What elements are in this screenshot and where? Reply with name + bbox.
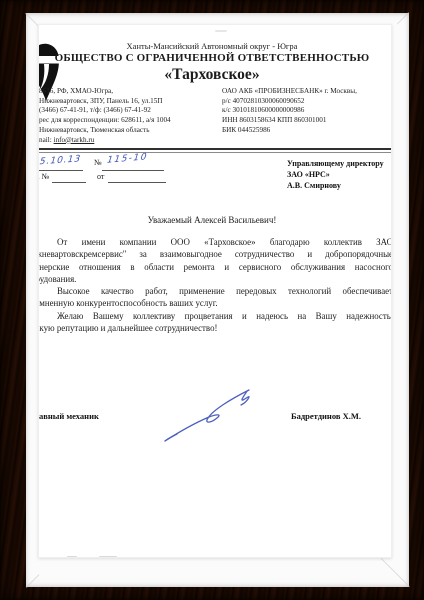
body-line: Желаю Вашему коллективу процветания и на… [38,310,392,322]
contact-address-column: 8616, РФ, ХМАО-Югра, Нижневартовск, ЗПУ,… [39,87,209,145]
address-line: 8616, РФ, ХМАО-Югра, [39,87,209,97]
blank-line [102,170,164,171]
email-prefix: nail: [39,136,54,144]
number-sign-label: № [94,158,102,167]
blank-line [38,170,83,171]
addressee-block: Управляющему директору ЗАО «НРС» А.В. См… [287,158,384,191]
phone-line: (3466) 67-41-91, т/ф: (3466) 67-41-92 [39,106,209,116]
bank-line: ОАО АКБ «ПРОБИЗНЕСБАНК» г. Москвы, [222,87,392,97]
header-smudge [215,30,227,32]
handwritten-date: 15.10.13 [38,154,82,167]
signer-name: Бадретдинов Х.М. [291,411,361,421]
incoming-number-label: а № [38,172,49,181]
bik-line: БИК 044525986 [222,126,392,136]
handwritten-outgoing-number: 115-10 [106,152,148,166]
body-line: ртнерские отношения в области ремонта и … [38,261,392,273]
blank-line [108,182,166,183]
footer-smudge [67,556,77,558]
email-address: info@tarkh.ru [54,136,95,144]
letterhead-org-type: ОБЩЕСТВО С ОГРАНИЧЕННОЙ ОТВЕТСТВЕННОСТЬЮ [38,52,392,64]
body-line: орудования. [38,273,392,285]
contact-bank-column: ОАО АКБ «ПРОБИЗНЕСБАНК» г. Москвы, р/с 4… [222,87,392,136]
email-line: nail: info@tarkh.ru [39,136,209,146]
ot-label: от [97,172,104,181]
body-line: сомненную конкурентоспособность ваших ус… [38,297,392,309]
bank-corr-line: к/с 30101810600000000986 [222,106,392,116]
body-line: От имени компании ООО «Тарховское» благо… [38,236,392,248]
letterhead-region: Ханты-Мансийский Автономный округ - Югра [38,41,392,51]
signer-title: авный механик [39,411,99,421]
body-line: ижневартовскремсервис" за взаимовыгодное… [38,248,392,260]
postal-line: рес для корреспонденции: 628611, а/я 100… [39,116,209,126]
body-line: Высокое качество работ, применение перед… [38,285,392,297]
body-line: сокую репутацию и дальнейшее сотрудничес… [38,322,392,334]
address-line: Нижневартовск, Тюменская область [39,126,209,136]
address-line: Нижневартовск, ЗПУ, Панель 16, ул.15П [39,97,209,107]
footer-smudge [99,556,117,558]
handwritten-signature-icon [159,385,275,447]
blank-line [52,182,86,183]
bank-account-line: р/с 40702810300060090652 [222,97,392,107]
letterhead-org-name: «Тарховское» [38,66,392,84]
letter-body: От имени компании ООО «Тарховское» благо… [38,236,392,334]
letter-document: Ханты-Мансийский Автономный округ - Югра… [38,24,392,558]
addressee-company: ЗАО «НРС» [287,169,384,180]
letter-content: Ханты-Мансийский Автономный округ - Югра… [39,25,392,558]
salutation: Уважаемый Алексей Васильевич! [38,215,392,225]
addressee-name: А.В. Смирнову [287,180,384,191]
inn-kpp-line: ИНН 8603158634 КПП 860301001 [222,116,392,126]
addressee-position: Управляющему директору [287,158,384,169]
letterhead-divider-rule [38,148,392,153]
